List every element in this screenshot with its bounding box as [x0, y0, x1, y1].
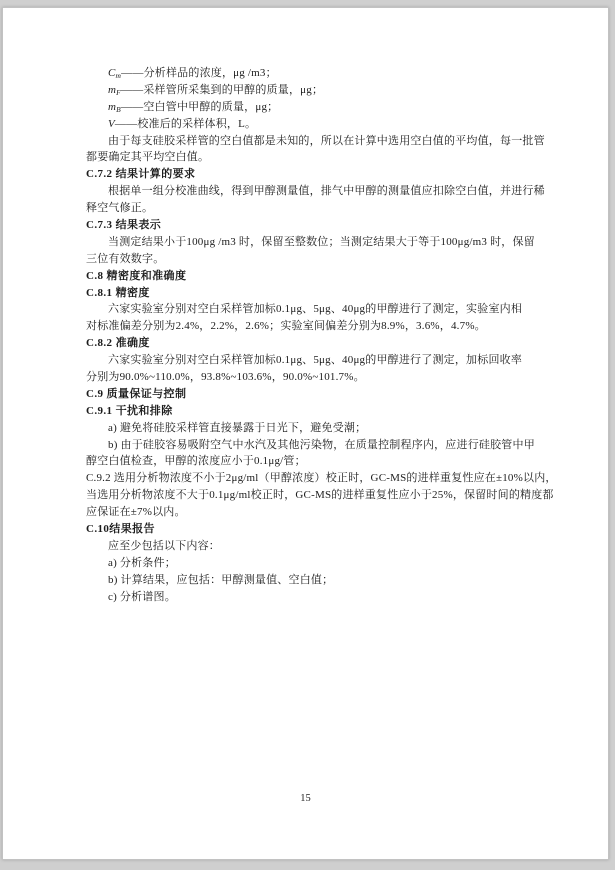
- text-line: a) 避免将硅胶采样管直接暴露于日光下，避免受潮；: [86, 420, 541, 437]
- document-content: Cm——分析样品的浓度，μg /m3；mF——采样管所采集到的甲醇的质量，μg；…: [86, 65, 541, 606]
- text-line: 当测定结果小于100μg /m3 时，保留至整数位；当测定结果大于等于100μg…: [86, 234, 541, 251]
- variable-subscript: m: [116, 71, 122, 80]
- variable-symbol: m: [108, 84, 116, 96]
- text-line: C.9.2 选用分析物浓度不小于2μg/ml（甲醇浓度）校正时，GC-MS的进样…: [86, 470, 541, 487]
- text-line: b) 计算结果，应包括：甲醇测量值、空白值；: [86, 572, 541, 589]
- text-line: b) 由于硅胶容易吸附空气中水汽及其他污染物，在质量控制程序内，应进行硅胶管中甲: [86, 437, 541, 454]
- text-line: 由于每支硅胶采样管的空白值都是未知的，所以在计算中选用空白值的平均值，每一批管: [86, 133, 541, 150]
- section-heading: C.7.3 结果表示: [86, 217, 541, 234]
- symbol-definition-line: Cm——分析样品的浓度，μg /m3；: [86, 65, 541, 82]
- section-heading: C.8.2 准确度: [86, 335, 541, 352]
- variable-symbol: m: [108, 101, 116, 113]
- text-line: 应保证在±7%以内。: [86, 504, 541, 521]
- text-line: 三位有效数字。: [86, 251, 541, 268]
- section-heading: C.9.1 干扰和排除: [86, 403, 541, 420]
- symbol-definition-line: mF——采样管所采集到的甲醇的质量，μg；: [86, 82, 541, 99]
- section-heading: C.8 精密度和准确度: [86, 268, 541, 285]
- section-heading: C.9 质量保证与控制: [86, 386, 541, 403]
- text-line: 都要确定其平均空白值。: [86, 149, 541, 166]
- text-line: 当选用分析物浓度不大于0.1μg/ml校正时，GC-MS的进样重复性应小于25%…: [86, 487, 541, 504]
- text-line: 对标准偏差分别为2.4%，2.2%，2.6%；实验室间偏差分别为8.9%，3.6…: [86, 318, 541, 335]
- document-page: Cm——分析样品的浓度，μg /m3；mF——采样管所采集到的甲醇的质量，μg；…: [2, 7, 609, 860]
- section-heading: C.7.2 结果计算的要求: [86, 166, 541, 183]
- symbol-definition-line: mB——空白管中甲醇的质量，μg；: [86, 99, 541, 116]
- section-heading: C.8.1 精密度: [86, 285, 541, 302]
- text-line: 释空气修正。: [86, 200, 541, 217]
- section-heading: C.10结果报告: [86, 521, 541, 538]
- variable-symbol: V: [108, 118, 115, 130]
- variable-symbol: C: [108, 67, 116, 79]
- text-line: 醇空白值检查，甲醇的浓度应小于0.1μg/管；: [86, 453, 541, 470]
- symbol-definition-line: V——校准后的采样体积，L。: [86, 116, 541, 133]
- text-line: 根据单一组分校准曲线，得到甲醇测量值，排气中甲醇的测量值应扣除空白值，并进行稀: [86, 183, 541, 200]
- text-line: 六家实验室分别对空白采样管加标0.1μg、5μg、40μg的甲醇进行了测定，实验…: [86, 301, 541, 318]
- text-line: a) 分析条件；: [86, 555, 541, 572]
- text-line: 分别为90.0%~110.0%，93.8%~103.6%，90.0%~101.7…: [86, 369, 541, 386]
- text-line: 应至少包括以下内容：: [86, 538, 541, 555]
- text-line: 六家实验室分别对空白采样管加标0.1μg、5μg、40μg的甲醇进行了测定，加标…: [86, 352, 541, 369]
- text-line: c) 分析谱图。: [86, 589, 541, 606]
- variable-subscript: F: [116, 88, 121, 97]
- page-number: 15: [3, 793, 608, 804]
- variable-subscript: B: [116, 105, 121, 114]
